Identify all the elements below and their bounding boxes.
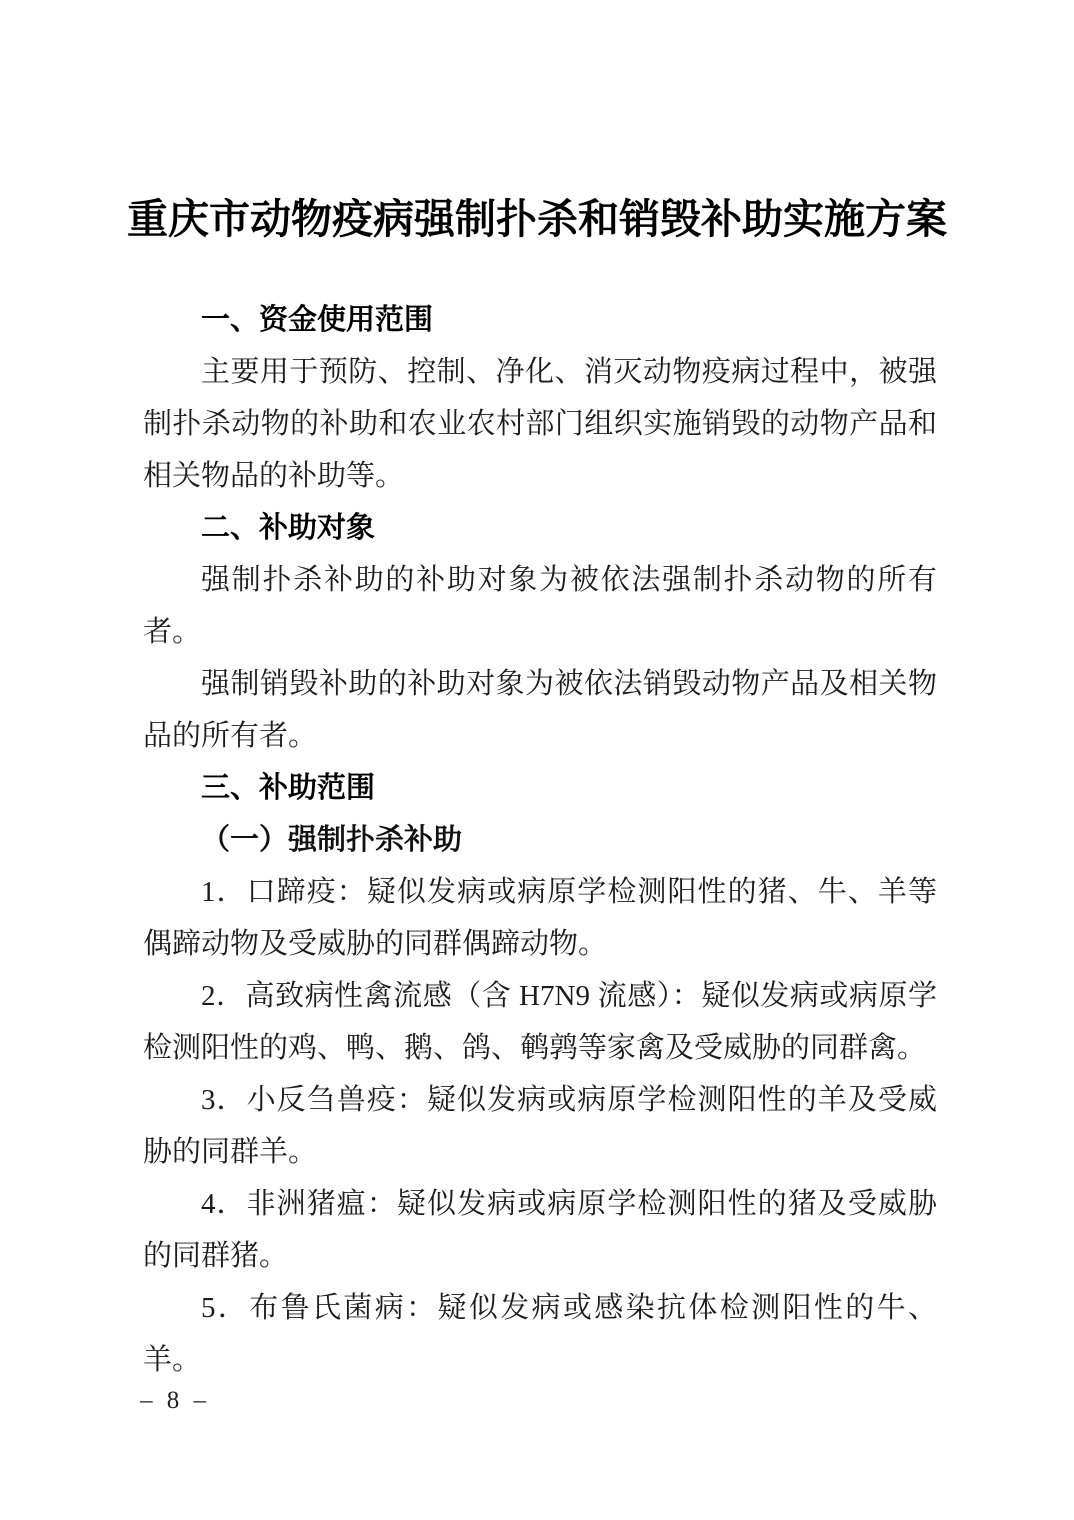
paragraph-fund-usage-description: 主要用于预防、控制、净化、消灭动物疫病过程中，被强制扑杀动物的补助和农业农村部门… — [143, 346, 937, 502]
list-item-foot-and-mouth-disease: 1．口蹄疫：疑似发病或病原学检测阳性的猪、牛、羊等偶蹄动物及受威胁的同群偶蹄动物… — [143, 866, 937, 970]
list-item-african-swine-fever: 4．非洲猪瘟：疑似发病或病原学检测阳性的猪及受威胁的同群猪。 — [143, 1178, 937, 1282]
list-item-avian-influenza: 2．高致病性禽流感（含 H7N9 流感）：疑似发病或病原学检测阳性的鸡、鸭、鹅、… — [143, 970, 937, 1074]
subsection-heading-compulsory-culling-subsidy: （一）强制扑杀补助 — [143, 814, 937, 866]
list-item-peste-des-petits-ruminants: 3．小反刍兽疫：疑似发病或病原学检测阳性的羊及受威胁的同群羊。 — [143, 1074, 937, 1178]
list-item-brucellosis: 5．布鲁氏菌病：疑似发病或感染抗体检测阳性的牛、羊。 — [143, 1282, 937, 1386]
section-heading-subsidy-recipients: 二、补助对象 — [143, 502, 937, 554]
document-body: 一、资金使用范围 主要用于预防、控制、净化、消灭动物疫病过程中，被强制扑杀动物的… — [143, 294, 937, 1386]
document-page: 重庆市动物疫病强制扑杀和销毁补助实施方案 一、资金使用范围 主要用于预防、控制、… — [0, 0, 1074, 1520]
section-heading-subsidy-scope: 三、补助范围 — [143, 762, 937, 814]
paragraph-destruction-subsidy-recipients: 强制销毁补助的补助对象为被依法销毁动物产品及相关物品的所有者。 — [143, 658, 937, 762]
document-title: 重庆市动物疫病强制扑杀和销毁补助实施方案 — [0, 192, 1074, 246]
page-number: – 8 – — [140, 1385, 210, 1417]
section-heading-fund-usage-scope: 一、资金使用范围 — [143, 294, 937, 346]
paragraph-culling-subsidy-recipients: 强制扑杀补助的补助对象为被依法强制扑杀动物的所有者。 — [143, 554, 937, 658]
